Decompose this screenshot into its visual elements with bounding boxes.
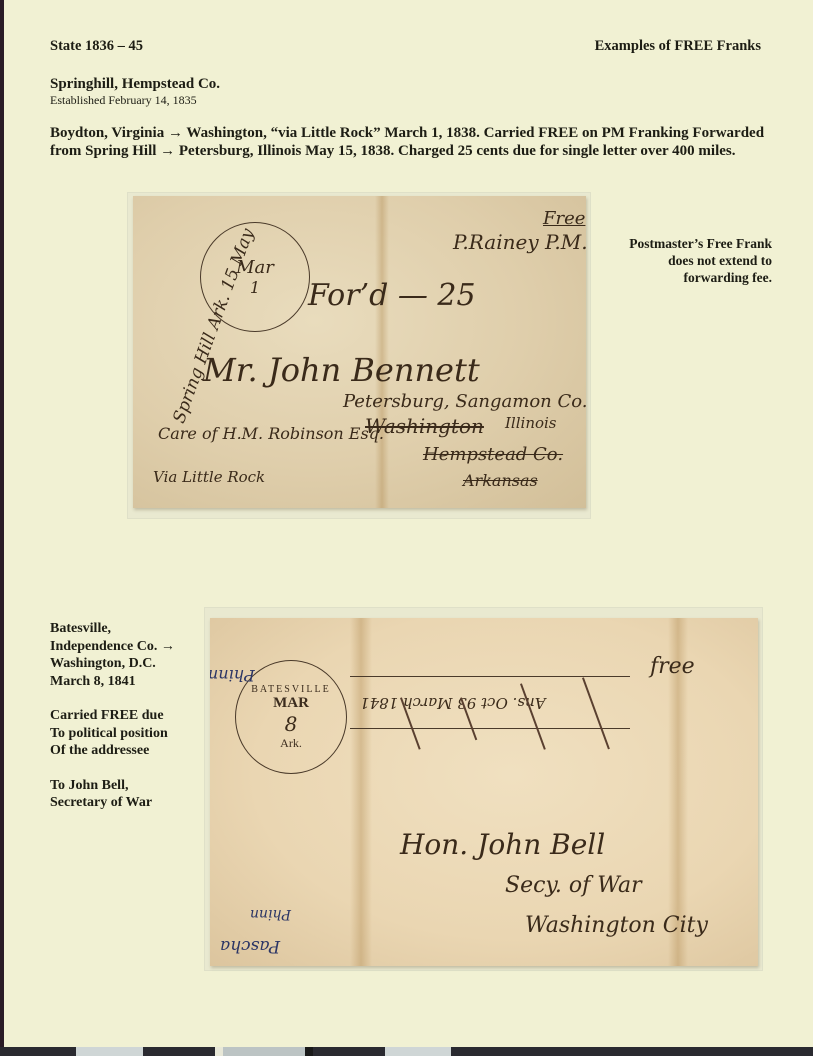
cover2-blue-note-bottom-1: Phinn [250,906,291,922]
cover2-blue-note-top: Phinn [210,666,255,685]
page-left-edge [0,0,4,1056]
cover1-image: Mar 1 Free P.Rainey P.M. For’d — 25 Mr. … [133,196,586,508]
cover1-struck-county: Hempstead Co. [423,444,563,465]
section-title: Springhill, Hempstead Co. [50,76,220,94]
cover1-forward-address: Petersburg, Sangamon Co. [343,391,586,412]
cover1-addressee: Mr. John Bennett [203,351,480,389]
cover1-care-of: Care of H.M. Robinson Esq. [158,424,384,443]
header-period: State 1836 – 45 [50,38,143,55]
cover1-description: Boydton, Virginia → Washington, “via Lit… [50,124,770,160]
cover2-blue-note-bottom-2: Pascha [220,936,280,956]
cover2-docket: Ans. Oct 93 March 1841 [360,694,546,712]
cover2-reason: Carried FREE due To political position O… [50,707,210,760]
cover2-route: Batesville, Independence Co. → Washingto… [50,620,210,690]
cover1-free-mark: Free [543,208,585,229]
cover2-addressee-line2: Secy. of War [505,873,642,898]
cover1-via: Via Little Rock [153,468,265,486]
cover1-forward-rate: For’d — 25 [308,278,476,313]
cover2-addressee-note: To John Bell, Secretary of War [50,777,210,812]
cover2-addressee-line3: Washington City [525,913,708,938]
section-subtitle: Established February 14, 1835 [50,93,197,107]
cover1-pm-signature: P.Rainey P.M. [453,230,586,254]
cover2-image: BATESVILLE MAR 8 Ark. Phinn free Ans. Oc… [210,618,758,966]
cover1-struck-state: Arkansas [463,471,538,490]
bottom-scan-strip [0,1047,813,1056]
cover1-note: Postmaster’s Free Frank does not extend … [590,235,772,286]
cover2-addressee-line1: Hon. John Bell [400,828,605,861]
cover1-forward-state: Illinois [505,414,557,432]
cover2-free-mark: free [650,654,695,679]
cover2-caption: Batesville, Independence Co. → Washingto… [50,620,210,829]
header-topic: Examples of FREE Franks [595,38,761,55]
